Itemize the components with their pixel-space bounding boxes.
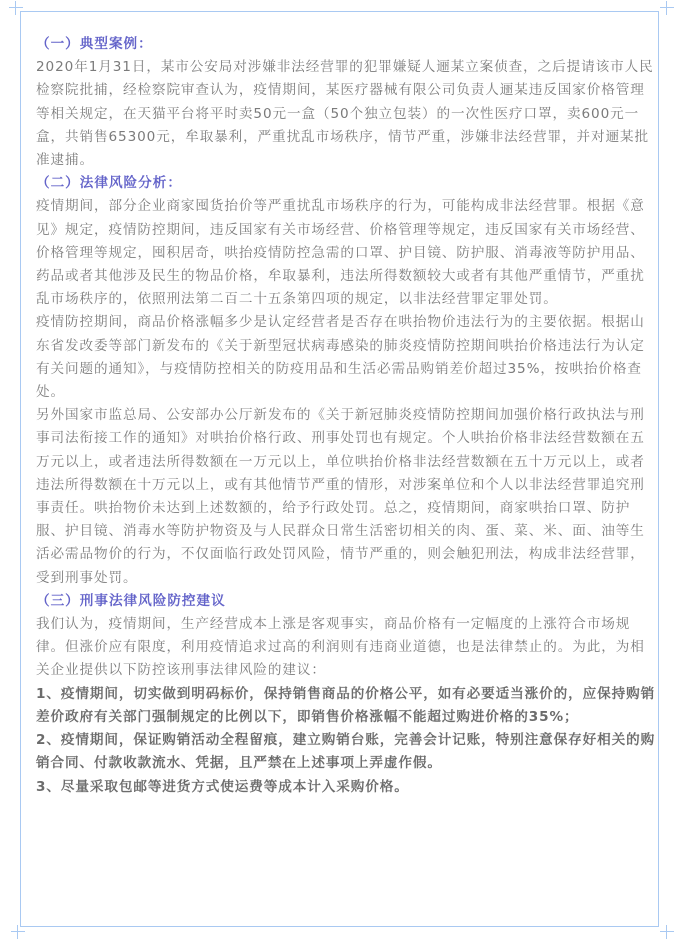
- paragraph: 我们认为，疫情期间，生产经营成本上涨是客观事实，商品价格有一定幅度的上涨符合市场…: [36, 613, 656, 683]
- paragraph: 2020年1月31日，某市公安局对涉嫌非法经营罪的犯罪嫌疑人逦某立案侦查，之后提…: [36, 56, 656, 172]
- corner-crosshair-icon: [660, 1, 674, 15]
- section-heading-typical-case: （一）典型案例：: [36, 33, 656, 56]
- corner-crosshair-icon: [11, 925, 25, 939]
- corner-crosshair-icon: [9, 1, 23, 15]
- paragraph: 疫情防控期间，商品价格涨幅多少是认定经营者是否存在哄抬物价违法行为的主要依据。根…: [36, 311, 656, 404]
- suggestion-item: 1、疫情期间，切实做到明码标价，保持销售商品的价格公平，如有必要适当涨价的，应保…: [36, 683, 656, 729]
- corner-crosshair-icon: [660, 925, 674, 939]
- suggestion-item: 3、尽量采取包邮等进货方式使运费等成本计入采购价格。: [36, 776, 656, 799]
- section-heading-risk-prevention-advice: （三）刑事法律风险防控建议: [36, 590, 656, 613]
- paragraph: 疫情期间，部分企业商家囤货抬价等严重扰乱市场秩序的行为，可能构成非法经营罪。根据…: [36, 195, 656, 311]
- section-heading-legal-risk-analysis: （二）法律风险分析：: [36, 172, 656, 195]
- suggestion-item: 2、疫情期间，保证购销活动全程留痕，建立购销台账，完善会计记账，特别注意保存好相…: [36, 729, 656, 775]
- paragraph: 另外国家市监总局、公安部办公厅新发布的《关于新冠肺炎疫情防控期间加强价格行政执法…: [36, 404, 656, 590]
- article-body: （一）典型案例： 2020年1月31日，某市公安局对涉嫌非法经营罪的犯罪嫌疑人逦…: [36, 33, 656, 799]
